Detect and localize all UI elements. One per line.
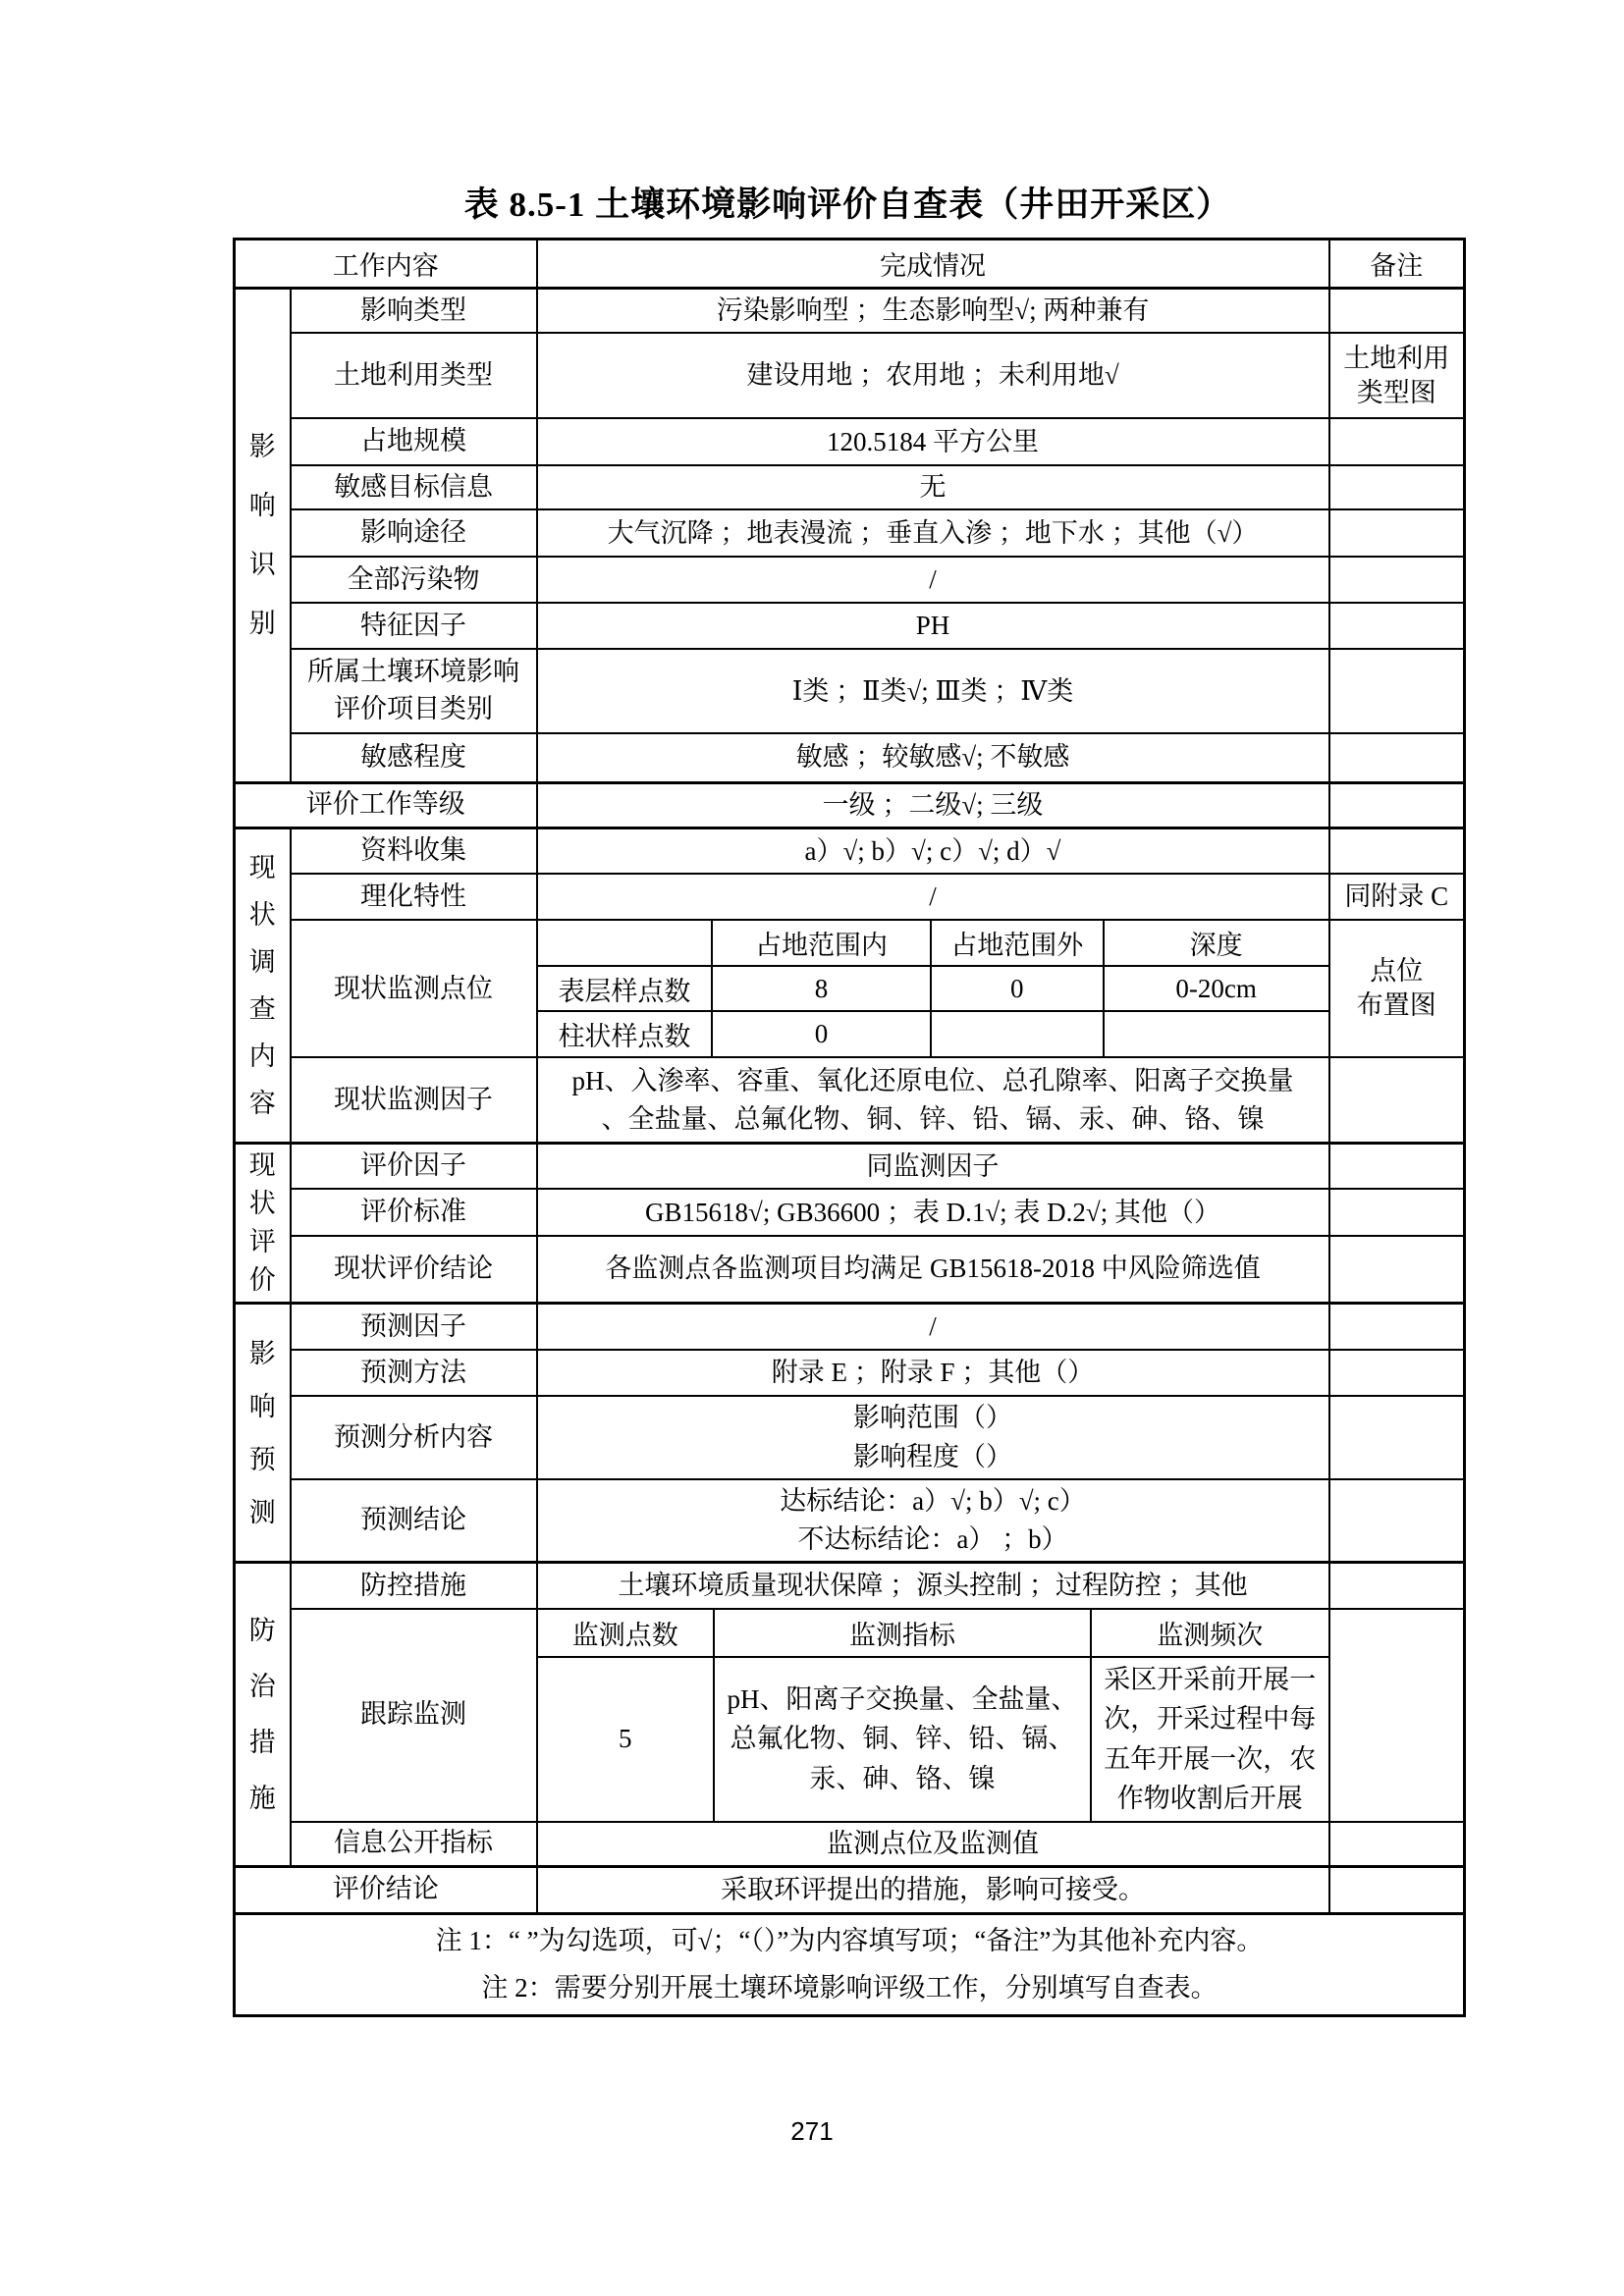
row-remark [1329,1189,1465,1236]
table-row: 现状监测因子 pH、入渗率、容重、氧化还原电位、总孔隙率、阳离子交换量 、全盐量… [235,1057,1465,1143]
row-label: 预测方法 [291,1350,537,1396]
subtable-cell: 0 [931,966,1104,1011]
row-label: 敏感目标信息 [291,465,537,509]
row-remark [1329,1396,1465,1478]
row-value: Ⅰ类 ；Ⅱ类√; Ⅲ类 ；Ⅳ类 [537,649,1329,733]
row-label: 评价标准 [291,1189,537,1236]
row-remark: 土地利用 类型图 [1329,333,1465,418]
row-label: 占地规模 [291,418,537,465]
section-status-evaluation: 现 状 评 价 [235,1143,291,1303]
table-row: 敏感目标信息 无 [235,465,1465,509]
row-label: 评价工作等级 [235,782,537,828]
table-row: 影 响 预 测 预测因子 / [235,1303,1465,1350]
row-label: 预测分析内容 [291,1396,537,1478]
table-row: 评价工作等级 一级 ；二级√; 三级 [235,782,1465,828]
self-check-table: 工作内容 完成情况 备注 影 响 识 别 影响类型 污染影响型 ；生态影响型√;… [233,238,1466,2017]
row-value: 大气沉降 ；地表漫流 ；垂直入渗 ；地下水 ；其他（√） [537,509,1329,557]
table-row: 评价标准 GB15618√; GB36600 ；表 D.1√; 表 D.2√; … [235,1189,1465,1236]
subtable-row: 5 pH、阳离子交换量、全盐量、 总氟化物、铜、锌、铅、镉、 汞、砷、铬、镍 采… [538,1657,1328,1821]
header-completion-status: 完成情况 [537,240,1329,289]
subtable-header-row: 监测点数 监测指标 监测频次 [538,1610,1328,1657]
row-label: 理化特性 [291,874,537,920]
row-remark [1329,465,1465,509]
row-remark [1329,733,1465,782]
table-row: 所属土壤环境影响 评价项目类别 Ⅰ类 ；Ⅱ类√; Ⅲ类 ；Ⅳ类 [235,649,1465,733]
table-row: 影响途径 大气沉降 ；地表漫流 ；垂直入渗 ；地下水 ；其他（√） [235,509,1465,557]
table-row: 影 响 识 别 影响类型 污染影响型 ；生态影响型√; 两种兼有 [235,289,1465,334]
subtable-cell: 8 [712,966,930,1011]
row-value: 一级 ；二级√; 三级 [537,782,1329,828]
row-label: 现状监测因子 [291,1057,537,1143]
row-label: 资料收集 [291,828,537,874]
row-label: 预测因子 [291,1303,537,1350]
row-value: PH [537,603,1329,649]
subtable-header: 占地范围内 [712,921,930,966]
subtable-header: 监测指标 [714,1610,1091,1657]
row-value: 附录 E ；附录 F ；其他（） [537,1350,1329,1396]
tracking-monitoring-subtable: 监测点数 监测指标 监测频次 5 pH、阳离子交换量、全盐量、 总氟化物、铜、锌… [538,1610,1328,1821]
row-label: 敏感程度 [291,733,537,782]
row-label: 影响类型 [291,289,537,334]
header-remark: 备注 [1329,240,1465,289]
row-remark [1329,1866,1465,1913]
table-row: 预测方法 附录 E ；附录 F ；其他（） [235,1350,1465,1396]
row-value: 影响范围（） 影响程度（） [537,1396,1329,1478]
row-remark [1329,828,1465,874]
row-remark [1329,289,1465,334]
document-page: 表 8.5-1 土壤环境影响评价自查表（井田开采区） 工作内容 完成情况 备注 … [0,0,1624,2296]
row-value: 建设用地 ；农用地 ；未利用地√ [537,333,1329,418]
row-value: 达标结论：a）√; b）√; c） 不达标结论：a） ；b） [537,1479,1329,1563]
row-value: 无 [537,465,1329,509]
row-remark [1329,1057,1465,1143]
subtable-header-row: 占地范围内 占地范围外 深度 [538,921,1328,966]
subtable-header: 监测点数 [538,1610,715,1657]
row-label: 跟踪监测 [291,1609,537,1822]
table-row: 预测分析内容 影响范围（） 影响程度（） [235,1396,1465,1478]
monitoring-indicators: pH、阳离子交换量、全盐量、 总氟化物、铜、锌、铅、镉、 汞、砷、铬、镍 [714,1657,1091,1821]
row-value: / [537,1303,1329,1350]
subtable-row: 柱状样点数 0 [538,1011,1328,1056]
subtable-cell: 0-20cm [1104,966,1328,1011]
row-value: 各监测点各监测项目均满足 GB15618-2018 中风险筛选值 [537,1236,1329,1303]
row-value: 120.5184 平方公里 [537,418,1329,465]
subtable-header: 占地范围外 [931,921,1104,966]
notes-row: 注 1：“ ”为勾选项，可√；“（）”为内容填写项；“备注”为其他补充内容。 注… [235,1913,1465,2015]
row-remark: 点位 布置图 [1329,920,1465,1057]
row-value: / [537,874,1329,920]
subtable-cell [1104,1011,1328,1056]
table-row: 现 状 调 查 内 容 资料收集 a）√; b）√; c）√; d）√ [235,828,1465,874]
row-remark [1329,509,1465,557]
table-row: 现状监测点位 占地范围内 占地范围外 深度 表层样点数 8 0 [235,920,1465,1057]
row-remark [1329,603,1465,649]
row-remark [1329,1609,1465,1822]
row-label: 影响途径 [291,509,537,557]
row-value: / [537,557,1329,603]
row-value: 采取环评提出的措施，影响可接受。 [537,1866,1329,1913]
table-row: 占地规模 120.5184 平方公里 [235,418,1465,465]
section-impact-identification: 影 响 识 别 [235,289,291,783]
table-row: 敏感程度 敏感 ；较敏感√; 不敏感 [235,733,1465,782]
table-row: 现 状 评 价 评价因子 同监测因子 [235,1143,1465,1189]
subtable-row-label: 柱状样点数 [538,1011,713,1056]
table-row: 跟踪监测 监测点数 监测指标 监测频次 5 pH、阳离子交换量、全盐量、 总氟化… [235,1609,1465,1822]
row-value: pH、入渗率、容重、氧化还原电位、总孔隙率、阳离子交换量 、全盐量、总氟化物、铜… [537,1057,1329,1143]
row-value: a）√; b）√; c）√; d）√ [537,828,1329,874]
table-row: 土地利用类型 建设用地 ；农用地 ；未利用地√ 土地利用 类型图 [235,333,1465,418]
table-row: 理化特性 / 同附录 C [235,874,1465,920]
row-remark [1329,557,1465,603]
page-title: 表 8.5-1 土壤环境影响评价自查表（井田开采区） [233,178,1463,227]
row-value: 土壤环境质量现状保障 ；源头控制 ；过程防控 ；其他 [537,1563,1329,1609]
row-value: GB15618√; GB36600 ；表 D.1√; 表 D.2√; 其他（） [537,1189,1329,1236]
row-label: 现状监测点位 [291,920,537,1057]
row-label: 特征因子 [291,603,537,649]
row-remark [1329,1822,1465,1867]
row-remark [1329,1143,1465,1189]
row-label: 全部污染物 [291,557,537,603]
row-remark [1329,1303,1465,1350]
row-value: 监测点位及监测值 [537,1822,1329,1867]
table-row: 特征因子 PH [235,603,1465,649]
row-remark: 同附录 C [1329,874,1465,920]
row-label: 土地利用类型 [291,333,537,418]
subtable-header [538,921,713,966]
row-label: 信息公开指标 [291,1822,537,1867]
row-label: 防控措施 [291,1563,537,1609]
row-label: 现状评价结论 [291,1236,537,1303]
row-remark [1329,418,1465,465]
monitoring-point-count: 5 [538,1657,715,1821]
monitoring-frequency: 采区开采前开展一 次，开采过程中每 五年开展一次，农 作物收割后开展 [1091,1657,1328,1821]
section-prevention-measures: 防 治 措 施 [235,1563,291,1867]
subtable-cell: 0 [712,1011,930,1056]
subtable-header: 深度 [1104,921,1328,966]
section-status-survey: 现 状 调 查 内 容 [235,828,291,1143]
header-row: 工作内容 完成情况 备注 [235,240,1465,289]
header-work-content: 工作内容 [235,240,537,289]
row-value: 敏感 ；较敏感√; 不敏感 [537,733,1329,782]
section-impact-prediction: 影 响 预 测 [235,1303,291,1562]
table-row: 防 治 措 施 防控措施 土壤环境质量现状保障 ；源头控制 ；过程防控 ；其他 [235,1563,1465,1609]
row-remark [1329,1479,1465,1563]
table-row: 现状评价结论 各监测点各监测项目均满足 GB15618-2018 中风险筛选值 [235,1236,1465,1303]
row-remark [1329,1236,1465,1303]
row-label: 评价因子 [291,1143,537,1189]
table-row: 信息公开指标 监测点位及监测值 [235,1822,1465,1867]
row-value: 同监测因子 [537,1143,1329,1189]
row-label: 评价结论 [235,1866,537,1913]
table-row: 预测结论 达标结论：a）√; b）√; c） 不达标结论：a） ；b） [235,1479,1465,1563]
table-row: 评价结论 采取环评提出的措施，影响可接受。 [235,1866,1465,1913]
row-remark [1329,649,1465,733]
subtable-cell [931,1011,1104,1056]
subtable-header: 监测频次 [1091,1610,1328,1657]
monitoring-points-subtable: 占地范围内 占地范围外 深度 表层样点数 8 0 0-20cm 柱状样点数 0 [538,921,1328,1056]
table-notes: 注 1：“ ”为勾选项，可√；“（）”为内容填写项；“备注”为其他补充内容。 注… [235,1913,1465,2015]
table-row: 全部污染物 / [235,557,1465,603]
row-value: 污染影响型 ；生态影响型√; 两种兼有 [537,289,1329,334]
page-number: 271 [0,2116,1624,2147]
row-remark [1329,1350,1465,1396]
row-remark [1329,1563,1465,1609]
subtable-row: 表层样点数 8 0 0-20cm [538,966,1328,1011]
row-label: 预测结论 [291,1479,537,1563]
subtable-row-label: 表层样点数 [538,966,713,1011]
row-label: 所属土壤环境影响 评价项目类别 [291,649,537,733]
row-remark [1329,782,1465,828]
